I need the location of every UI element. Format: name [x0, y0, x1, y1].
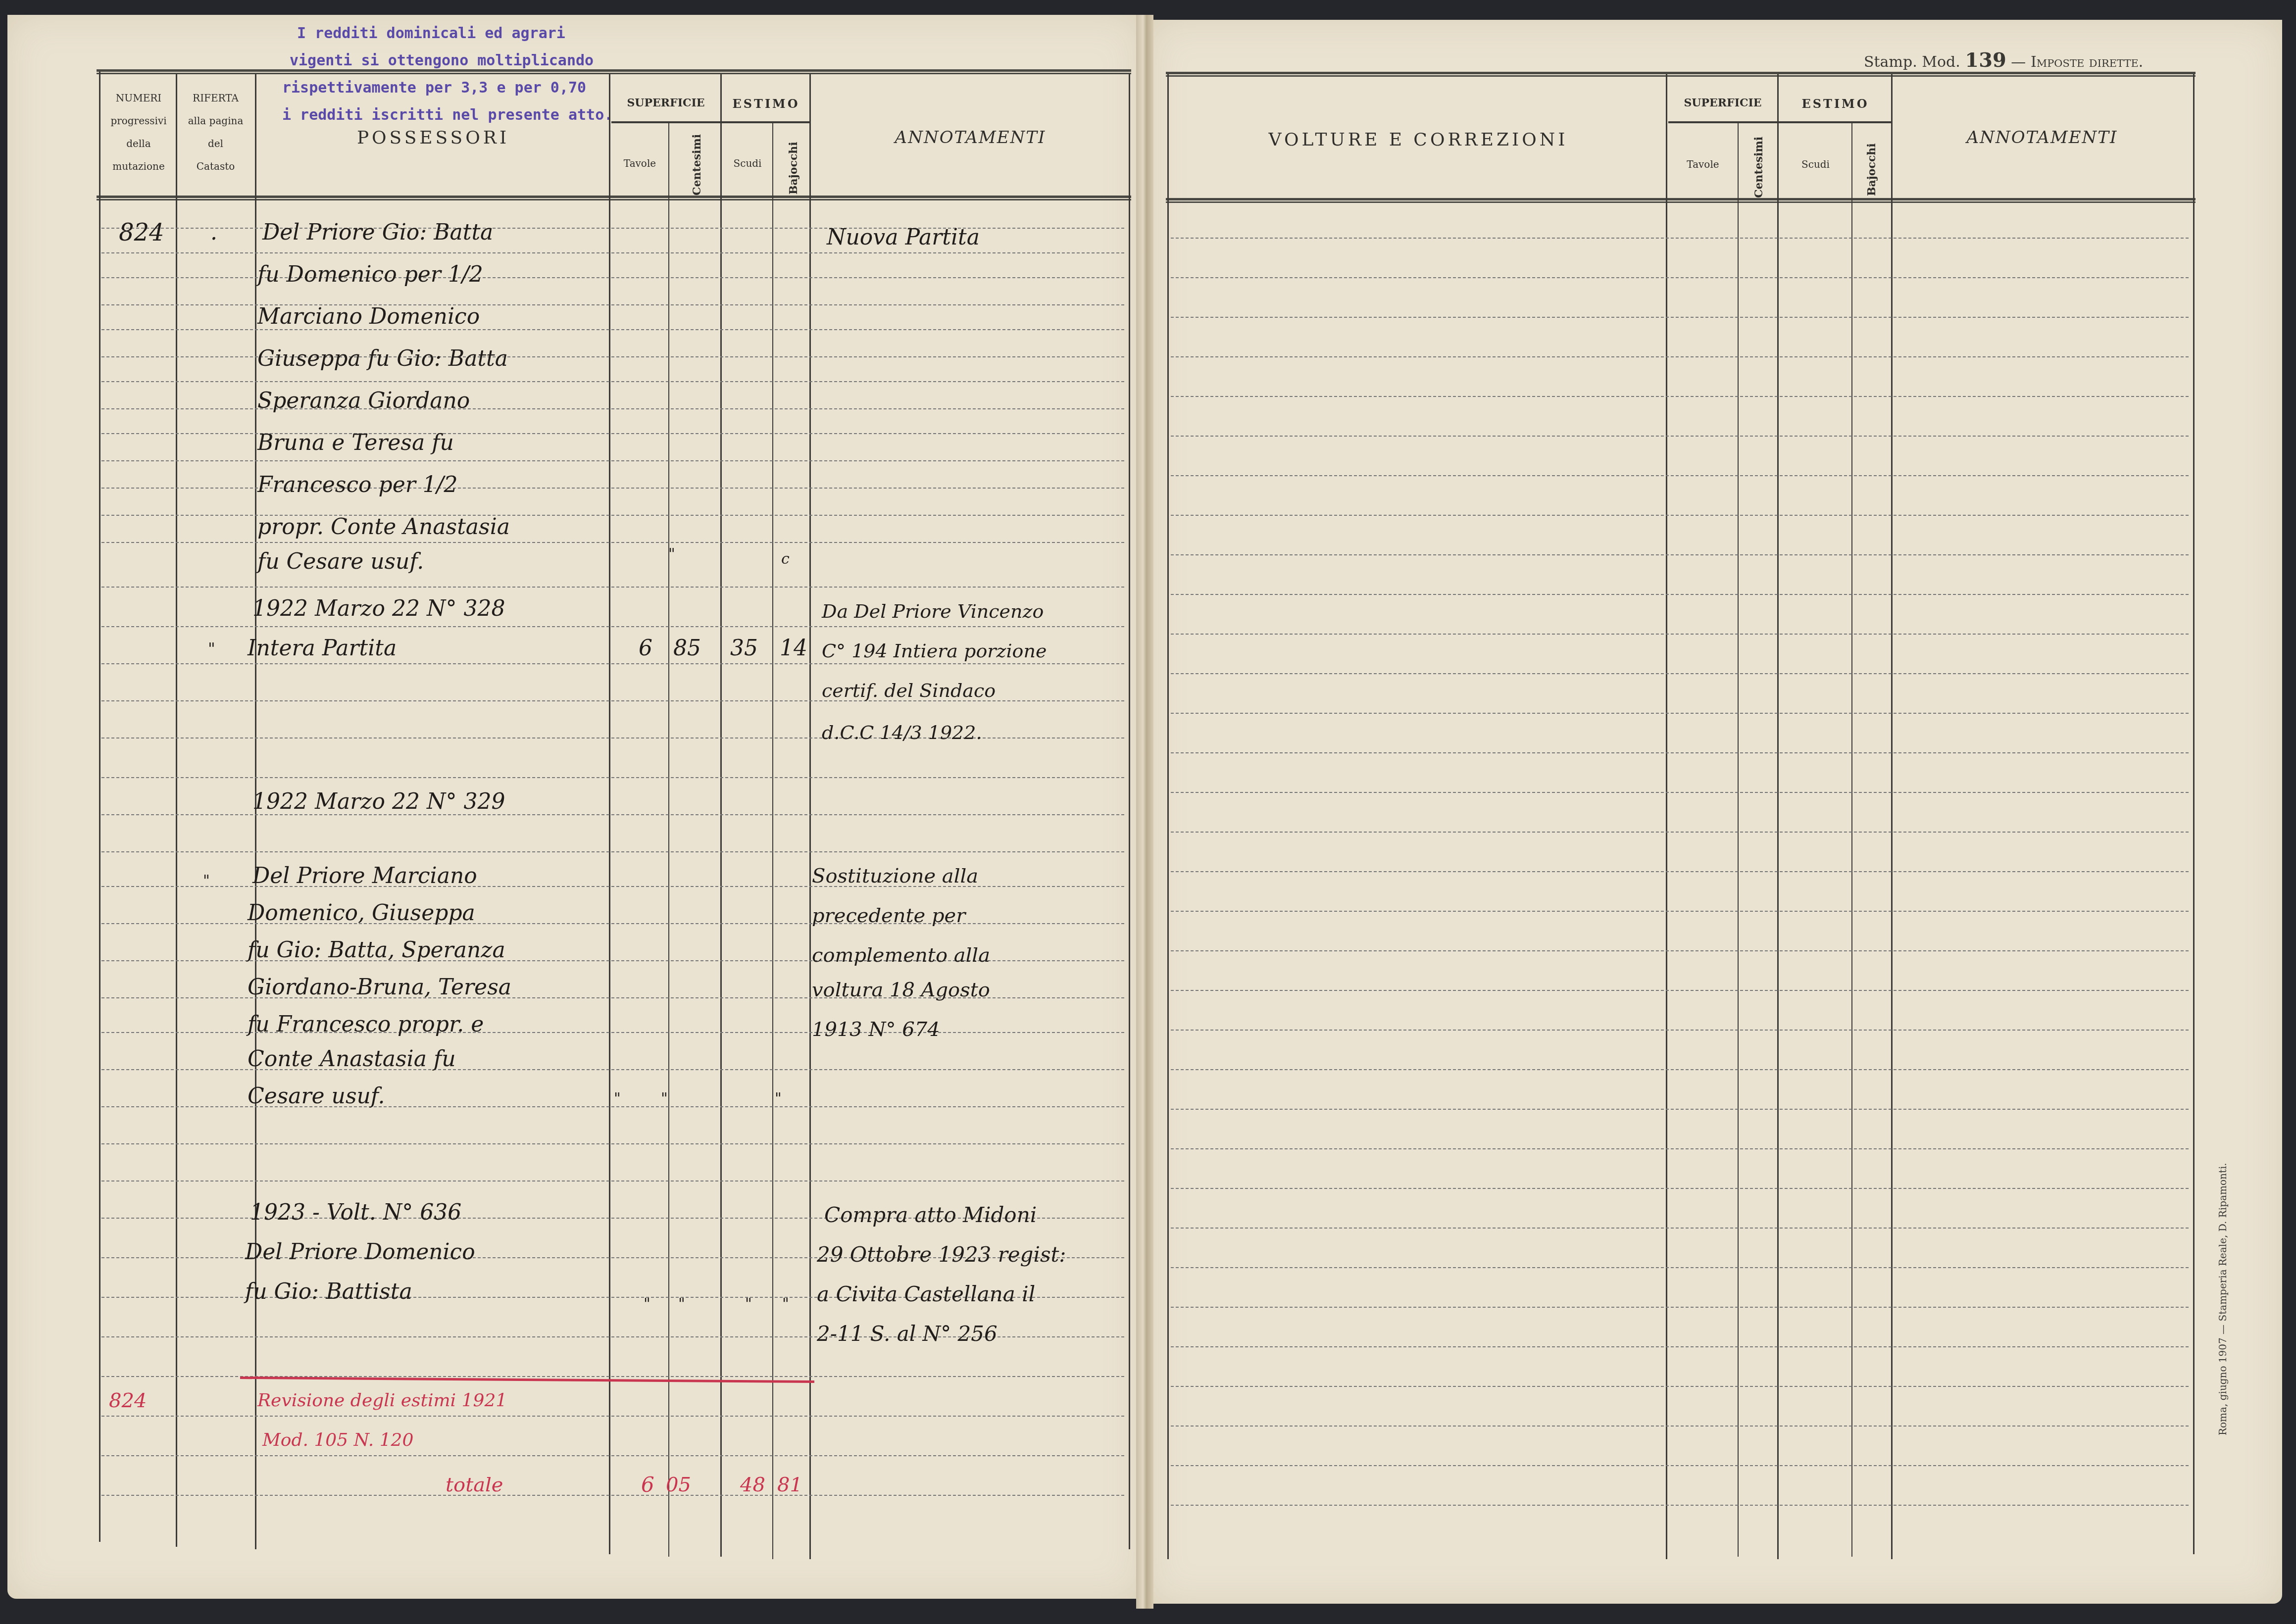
- col-scudi-header: Scudi: [723, 157, 772, 169]
- right-page: [1148, 20, 2282, 1604]
- col-volture-header: VOLTURE E CORREZIONI: [1171, 130, 1666, 150]
- col-annotamenti-header-right: ANNOTAMENTI: [1894, 128, 2191, 148]
- col-annotamenti-header: ANNOTAMENTI: [812, 128, 1129, 148]
- col-superficie-header: SUPERFICIE: [611, 97, 720, 109]
- book-spine: [1136, 15, 1153, 1609]
- col-estimo-header: ESTIMO: [723, 97, 809, 111]
- col-tavole-header-right: Tavole: [1668, 158, 1738, 170]
- col-superficie-header-right: SUPERFICIE: [1668, 97, 1777, 109]
- col-scudi-header-right: Scudi: [1780, 158, 1851, 170]
- form-model-header: Stamp. Mod. 139 — Imposte dirette.: [1864, 49, 2143, 72]
- col-possessori-header: POSSESSORI: [257, 128, 609, 148]
- col-numeri-header: NUMERI progressivi della mutazione: [101, 87, 176, 178]
- col-estimo-header-right: ESTIMO: [1780, 97, 1891, 111]
- col-riferta-header: RIFERTA alla pagina del Catasto: [177, 87, 254, 178]
- col-tavole-header: Tavole: [611, 157, 668, 169]
- col-centesimi-header-right: Centesimi: [1752, 141, 1765, 198]
- printer-imprint: Roma, giugno 1907 — Stamperia Reale, D. …: [2217, 1158, 2229, 1435]
- col-bajocchi-header: Bajocchi: [787, 141, 800, 196]
- col-centesimi-header: Centesimi: [691, 141, 703, 196]
- col-bajocchi-header-right: Bajocchi: [1865, 141, 1878, 198]
